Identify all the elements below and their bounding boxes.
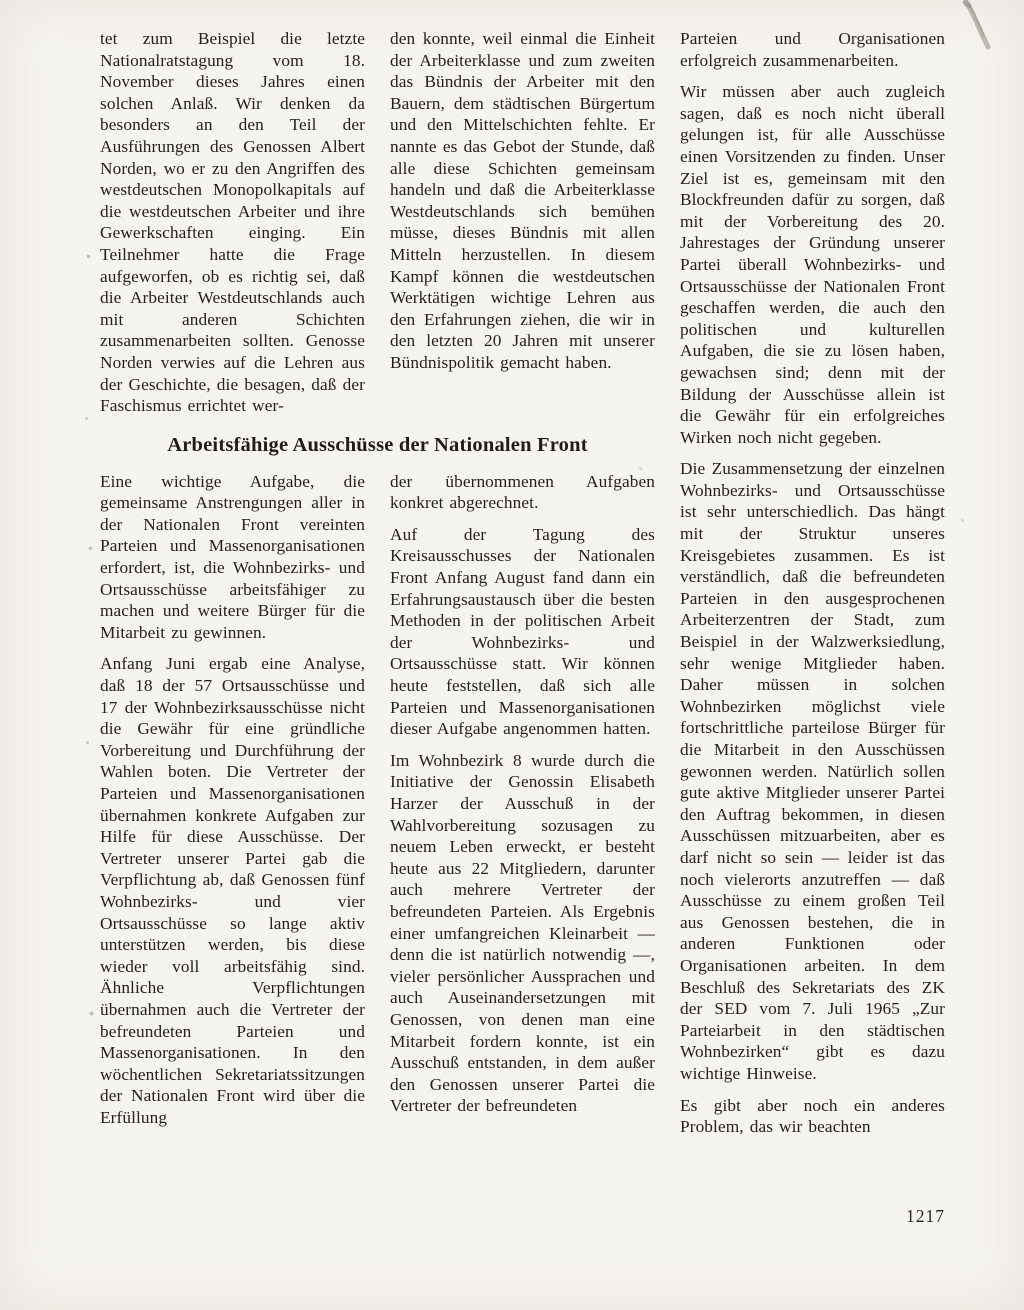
column-1-top: tet zum Beispiel die letzte Nationalrats… [100,28,365,417]
column-3: Parteien und Organisationen erfolgreich … [680,28,945,1138]
paragraph: Im Wohnbezirk 8 wurde durch die Initiati… [390,750,655,1117]
page-number: 1217 [878,1206,945,1227]
left-two-column-area: tet zum Beispiel die letzte Nationalrats… [100,28,655,1138]
column-1-bottom: Eine wichtige Aufgabe, die gemeinsame An… [100,471,365,1129]
paragraph: Anfang Juni ergab eine Analyse, daß 18 d… [100,653,365,1128]
article-body: tet zum Beispiel die letzte Nationalrats… [100,28,945,1138]
paragraph: Eine wichtige Aufgabe, die gemeinsame An… [100,471,365,644]
paragraph: Auf der Tagung des Kreisausschusses der … [390,524,655,740]
bottom-section: Eine wichtige Aufgabe, die gemeinsame An… [100,471,655,1129]
section-heading: Arbeitsfähige Ausschüsse der Nationalen … [100,433,655,457]
paragraph: Es gibt aber noch ein anderes Problem, d… [680,1095,945,1138]
paragraph: Die Zusammensetzung der einzelnen Wohnbe… [680,458,945,1084]
scanned-document-page: tet zum Beispiel die letzte Nationalrats… [0,0,1024,1310]
paragraph: den konnte, weil einmal die Einheit der … [390,28,655,374]
paragraph: Parteien und Organisationen erfolgreich … [680,28,945,71]
scan-speckles [0,0,1,1]
column-2-top: den konnte, weil einmal die Einheit der … [390,28,655,417]
top-section: tet zum Beispiel die letzte Nationalrats… [100,28,655,417]
ink-smudge-mark [948,0,1004,64]
paragraph: Wir müssen aber auch zugleich sagen, daß… [680,81,945,448]
paragraph: tet zum Beispiel die letzte Nationalrats… [100,28,365,417]
column-2-bottom: der übernommenen Aufgaben konkret abgere… [390,471,655,1129]
paragraph: der übernommenen Aufgaben konkret abgere… [390,471,655,514]
